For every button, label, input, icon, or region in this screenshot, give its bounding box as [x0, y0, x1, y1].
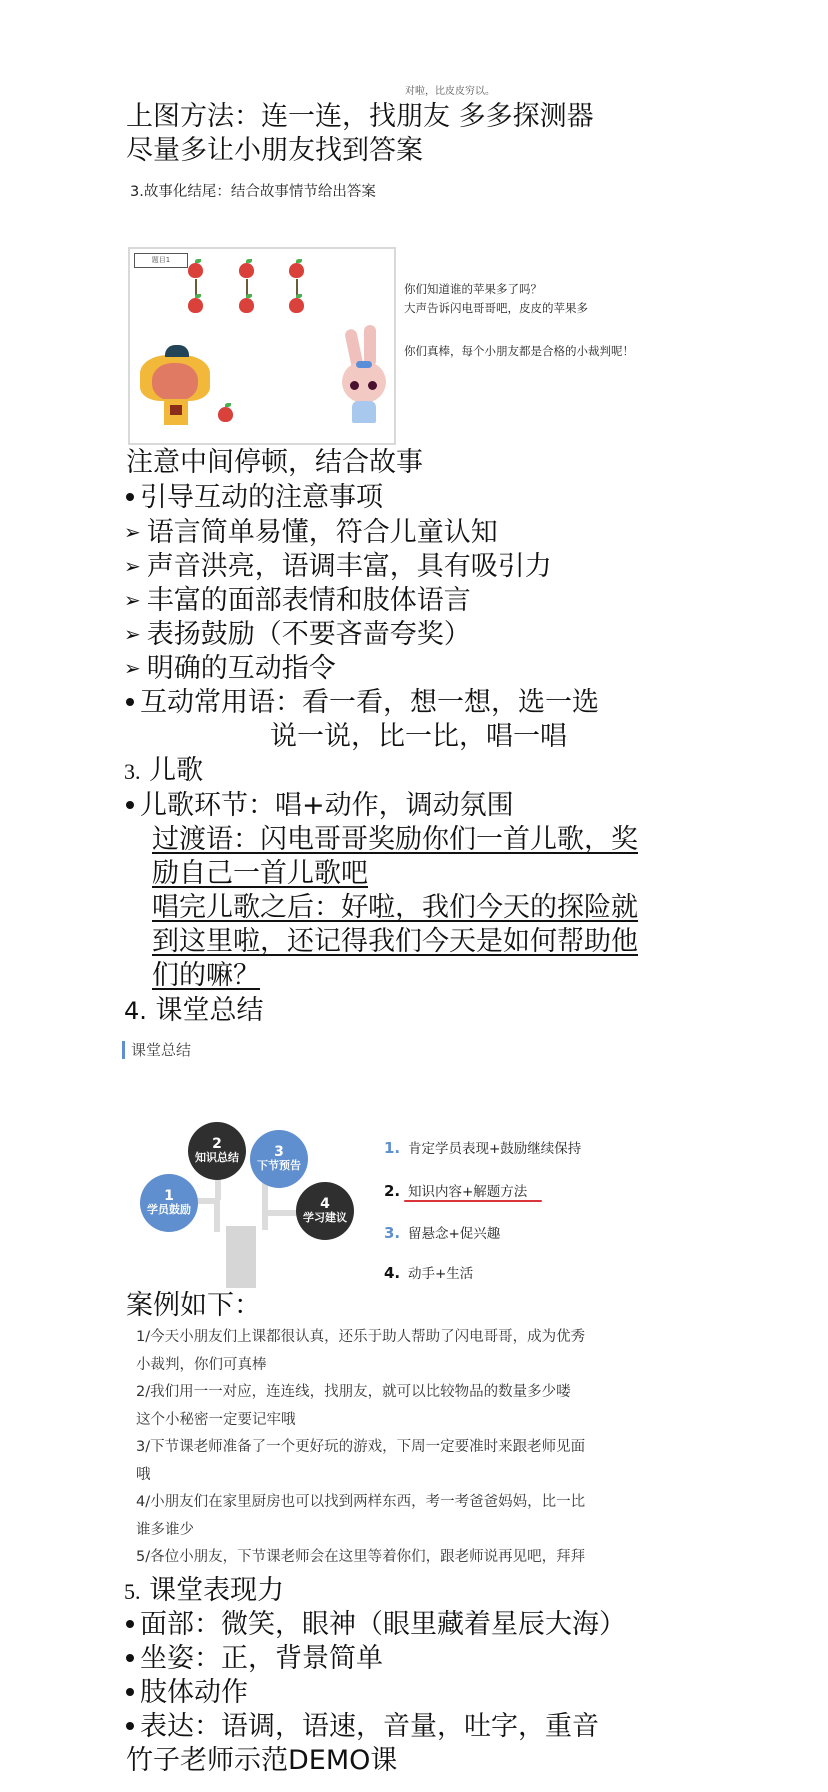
circle-step-1: 1学员鼓励 — [140, 1174, 198, 1232]
bullet-icon — [126, 1654, 134, 1662]
arrow-bullet-icon: ➢ — [124, 617, 141, 651]
example-line: 5/各位小朋友，下节课老师会在这里等着你们，跟老师说再见吧，拜拜 — [136, 1544, 585, 1572]
rabbit-bow — [356, 361, 372, 368]
interaction-title: 引导互动的注意事项 — [122, 481, 383, 515]
performance-bullet: 坐姿：正，背景简单 — [122, 1642, 383, 1676]
apple-icon — [188, 263, 203, 278]
rabbit-eye — [368, 381, 377, 390]
performance-bullet: 肢体动作 — [122, 1676, 248, 1710]
cutoff-caption: 对啦，比皮皮穷以。 — [405, 82, 495, 97]
interaction-item: ➢表扬鼓励（不要吝啬夸奖） — [124, 617, 471, 652]
apple-icon — [239, 298, 254, 313]
side-text-line: 大声告诉闪电哥哥吧，皮皮的苹果多 — [404, 299, 634, 318]
arrow-bullet-icon: ➢ — [124, 583, 141, 617]
apple-comparison-slide: 题目1 — [128, 247, 396, 445]
bullet-icon — [126, 493, 134, 501]
transition-line: 到这里啦，还记得我们今天是如何帮助他 — [152, 925, 638, 959]
phrases-line-1: 互动常用语：看一看，想一想，选一选 — [122, 686, 599, 720]
section4-heading: 4. 课堂总结 — [124, 994, 264, 1028]
bullet-icon — [126, 1620, 134, 1628]
circle-step-4: 4学习建议 — [296, 1182, 354, 1240]
pause-note: 注意中间停顿，结合故事 — [126, 446, 423, 480]
section5-heading: 5. 课堂表现力 — [124, 1574, 284, 1609]
apple-icon — [289, 263, 304, 278]
arrow-bullet-icon: ➢ — [124, 515, 141, 549]
apple-icon — [239, 263, 254, 278]
bullet-icon — [126, 1722, 134, 1730]
circle-step-3: 3下节预告 — [250, 1130, 308, 1188]
bullet-icon — [126, 801, 134, 809]
side-text-line: 你们知道谁的苹果多了吗？ — [404, 280, 634, 299]
apple-icon — [188, 298, 203, 313]
rabbit-eye — [350, 381, 359, 390]
example-line: 这个小秘密一定要记牢哦 — [136, 1407, 585, 1435]
summary-list-item: 1.肯定学员表现+鼓励继续保持 — [384, 1137, 581, 1157]
intro-line-1: 上图方法：连一连，找朋友 多多探测器 — [126, 100, 594, 134]
slide-header: 课堂总结 — [122, 1041, 191, 1059]
summary-list-item: 3.留悬念+促兴趣 — [384, 1222, 500, 1242]
examples-list: 1/今天小朋友们上课都很认真，还乐于助人帮助了闪电哥哥，成为优秀 小裁判，你们可… — [136, 1324, 585, 1572]
song-bullet: 儿歌环节：唱+动作，调动氛围 — [122, 789, 514, 823]
transition-line: 们的嘛？ — [152, 959, 260, 993]
question-tag: 题目1 — [134, 253, 188, 268]
monkey-cap — [165, 345, 189, 357]
example-line: 谁多谁少 — [136, 1517, 585, 1545]
intro-line-2: 尽量多让小朋友找到答案 — [126, 134, 423, 168]
step3-caption: 3.故事化结尾：结合故事情节给出答案 — [130, 182, 376, 202]
tree-branch — [214, 1198, 220, 1232]
slide1-side-text: 你们知道谁的苹果多了吗？ 大声告诉闪电哥哥吧，皮皮的苹果多 你们真棒，每个小朋友… — [404, 280, 634, 361]
section3-heading: 3. 儿歌 — [124, 754, 203, 789]
bullet-icon — [126, 698, 134, 706]
transition-line: 唱完儿歌之后：好啦，我们今天的探险就 — [152, 891, 638, 925]
performance-bullet: 面部：微笑，眼神（眼里藏着星辰大海） — [122, 1608, 626, 1642]
example-line: 2/我们用一一对应，连连线，找朋友，就可以比较物品的数量多少喽 — [136, 1379, 585, 1407]
transition-line: 励自己一首儿歌吧 — [152, 857, 368, 891]
example-line: 3/下节课老师准备了一个更好玩的游戏，下周一定要准时来跟老师见面 — [136, 1434, 585, 1462]
apple-icon — [289, 298, 304, 313]
phrases-line-2: 说一说，比一比，唱一唱 — [270, 720, 567, 754]
interaction-item: ➢声音洪亮，语调丰富，具有吸引力 — [124, 549, 552, 584]
demo-note: 竹子老师示范DEMO课 — [126, 1744, 397, 1778]
performance-bullet: 表达：语调，语速，音量，吐字，重音 — [122, 1710, 599, 1744]
arrow-bullet-icon: ➢ — [124, 549, 141, 583]
tree-trunk — [226, 1226, 256, 1288]
bullet-icon — [126, 1688, 134, 1696]
example-line: 小裁判，你们可真棒 — [136, 1352, 585, 1380]
red-underline — [404, 1200, 542, 1202]
summary-list-item: 4.动手+生活 — [384, 1262, 473, 1282]
transition-line: 过渡语：闪电哥哥奖励你们一首儿歌，奖 — [152, 823, 638, 857]
monkey-face — [152, 363, 198, 401]
monkey-pants — [170, 405, 182, 415]
interaction-item: ➢语言简单易懂，符合儿童认知 — [124, 515, 498, 550]
summary-list-item: 2.知识内容+解题方法 — [384, 1180, 527, 1200]
example-line: 4/小朋友们在家里厨房也可以找到两样东西，考一考爸爸妈妈，比一比 — [136, 1489, 585, 1517]
interaction-item: ➢明确的互动指令 — [124, 651, 336, 686]
circle-step-2: 2知识总结 — [188, 1122, 246, 1180]
rabbit-dress — [352, 401, 376, 423]
examples-title: 案例如下： — [126, 1289, 261, 1323]
apple-icon — [218, 407, 233, 422]
side-text-line: 你们真棒，每个小朋友都是合格的小裁判呢！ — [404, 342, 634, 361]
interaction-item: ➢丰富的面部表情和肢体语言 — [124, 583, 471, 618]
arrow-bullet-icon: ➢ — [124, 651, 141, 685]
example-line: 1/今天小朋友们上课都很认真，还乐于助人帮助了闪电哥哥，成为优秀 — [136, 1324, 585, 1352]
example-line: 哦 — [136, 1462, 585, 1490]
